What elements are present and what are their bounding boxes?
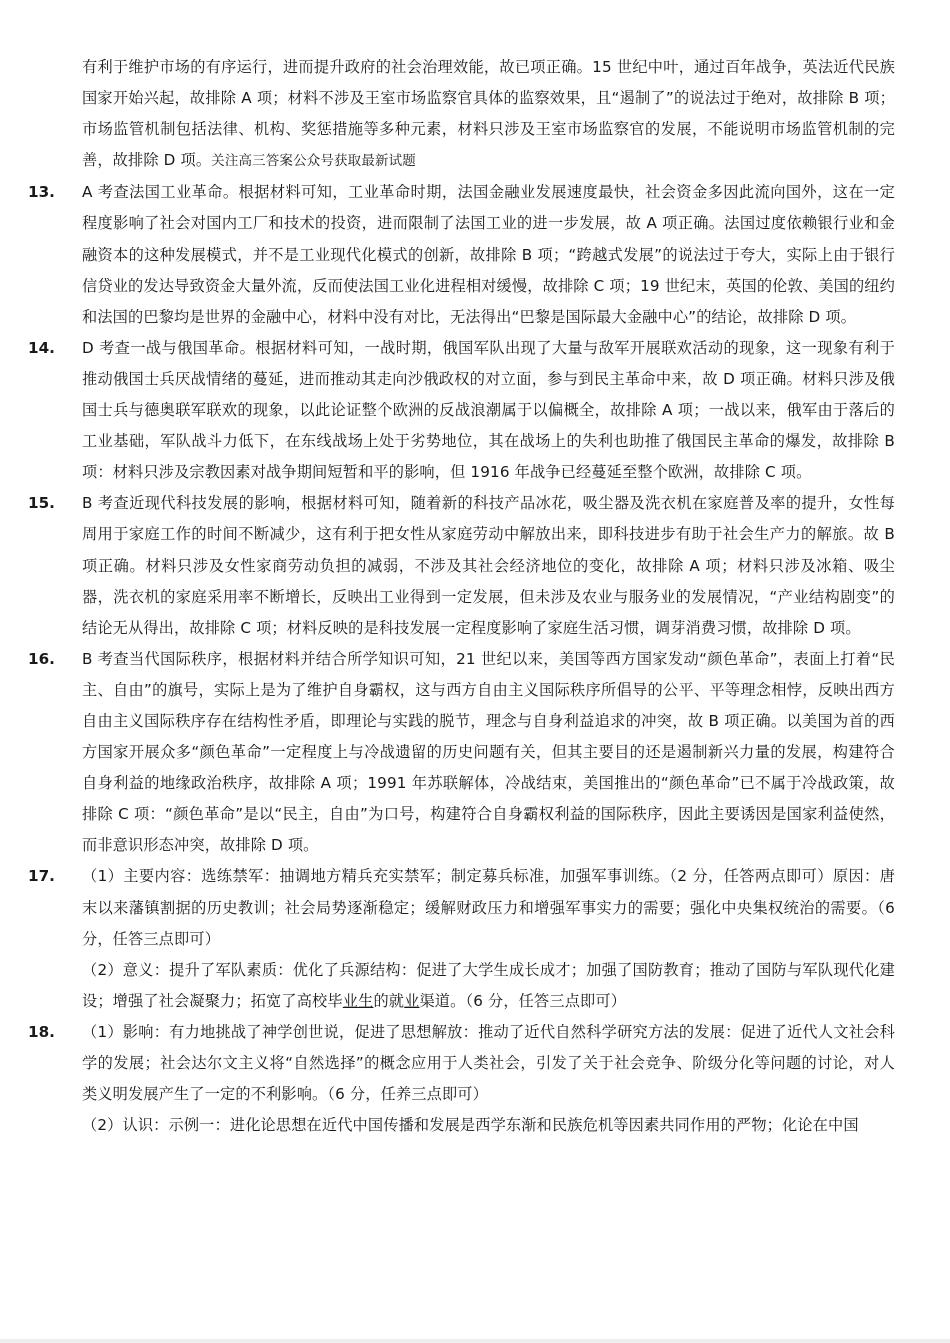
item-number: 17. xyxy=(28,861,55,892)
underlined-text: 业生 xyxy=(343,992,374,1010)
item-text: B 考查近现代科技发展的影响，根据材料可知，随着新的科技产品冰花，吸尘器及洗衣机… xyxy=(82,488,895,643)
answer-item-16: 16. B 考查当代国际秩序，根据材料并结合所学知识可知，21 世纪以来，美国等… xyxy=(55,644,895,862)
item-part-1: （1）影响：有力地挑战了神学创世说，促进了思想解放：推动了近代自然科学研究方法的… xyxy=(82,1017,895,1110)
answer-item-18: 18. （1）影响：有力地挑战了神学创世说，促进了思想解放：推动了近代自然科学研… xyxy=(55,1017,895,1141)
promo-note: 关注高三答案公众号获取最新试题 xyxy=(211,153,416,169)
answer-item-14: 14. D 考查一战与俄国革命。根据材料可知，一战时期，俄国军队出现了大量与敌军… xyxy=(55,333,895,488)
underlined-text: 业 xyxy=(404,992,419,1010)
document-page: 有利于维护市场的有序运行，进而提升政府的社会治理效能，故已项正确。15 世纪中叶… xyxy=(0,0,950,1339)
item-part-2: （2）意义：提升了军队素质：优化了兵源结构：促进了大学生成长成才；加强了国防教育… xyxy=(82,955,895,1017)
part-text-mid: 的就 xyxy=(373,992,404,1010)
continuation-text: 有利于维护市场的有序运行，进而提升政府的社会治理效能，故已项正确。15 世纪中叶… xyxy=(82,58,895,169)
item-number: 18. xyxy=(28,1017,55,1048)
item-part-2: （2）认识：示例一：进化论思想在近代中国传播和发展是西学东渐和民族危机等因素共同… xyxy=(82,1110,895,1141)
part-text-after: 渠道。（6 分，任答三点即可） xyxy=(419,992,626,1010)
item-number: 13. xyxy=(28,177,55,208)
item-text: B 考查当代国际秩序，根据材料并结合所学知识可知，21 世纪以来，美国等西方国家… xyxy=(82,644,895,862)
continuation-paragraph: 有利于维护市场的有序运行，进而提升政府的社会治理效能，故已项正确。15 世纪中叶… xyxy=(55,52,895,177)
answer-item-15: 15. B 考查近现代科技发展的影响，根据材料可知，随着新的科技产品冰花，吸尘器… xyxy=(55,488,895,643)
item-part-1: （1）主要内容：选练禁军：抽调地方精兵充实禁军；制定募兵标准，加强军事训练。（2… xyxy=(82,861,895,954)
answer-item-17: 17. （1）主要内容：选练禁军：抽调地方精兵充实禁军；制定募兵标准，加强军事训… xyxy=(55,861,895,1016)
item-text: D 考查一战与俄国革命。根据材料可知，一战时期，俄国军队出现了大量与敌军开展联欢… xyxy=(82,333,895,488)
item-number: 15. xyxy=(28,488,55,519)
item-number: 16. xyxy=(28,644,55,675)
answer-item-13: 13. A 考查法国工业革命。根据材料可知，工业革命时期，法国金融业发展速度最快… xyxy=(55,177,895,332)
answer-content: 有利于维护市场的有序运行，进而提升政府的社会治理效能，故已项正确。15 世纪中叶… xyxy=(55,52,895,1141)
item-text: A 考查法国工业革命。根据材料可知，工业革命时期，法国金融业发展速度最快，社会资… xyxy=(82,177,895,332)
item-number: 14. xyxy=(28,333,55,364)
page-bottom-edge xyxy=(0,1339,950,1343)
